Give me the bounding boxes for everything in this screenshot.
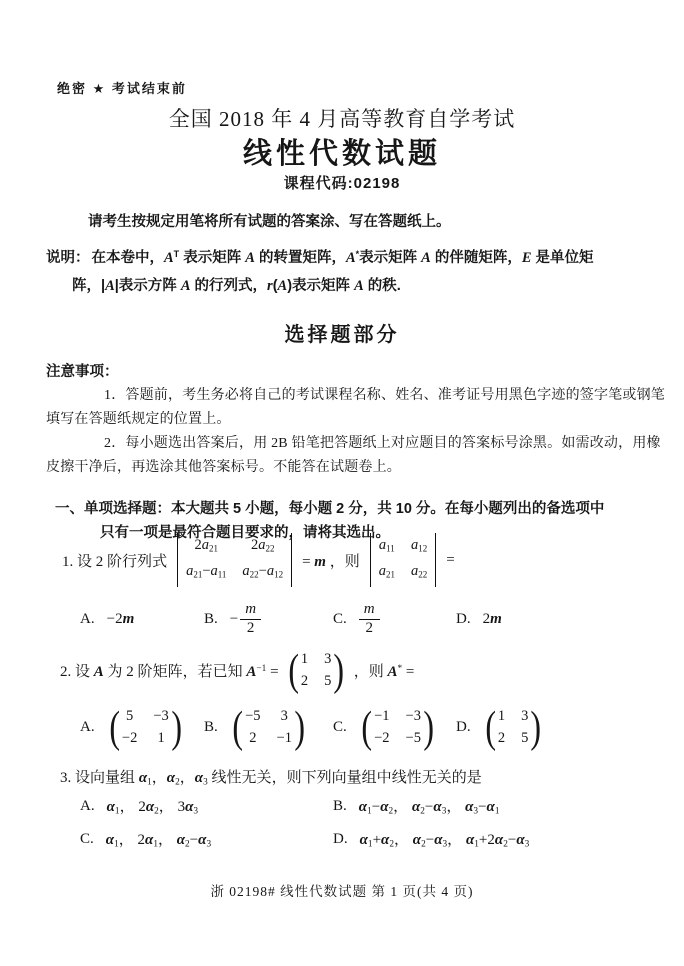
- option-b-fraction: −m2: [230, 601, 261, 637]
- matrix-cell: a22: [411, 562, 427, 585]
- option-d-label: D.: [333, 831, 348, 848]
- option-a-value: α1， 2α2， 3α3: [107, 795, 198, 817]
- question-2-stem-post: ，则 A* =: [354, 660, 415, 681]
- fraction-stack: m2: [359, 601, 380, 637]
- option-b-value: α1−α2， α2−α3， α3−α1: [359, 795, 500, 817]
- matrix-cell: −5: [406, 729, 421, 748]
- matrix-cell: −3: [406, 707, 421, 726]
- right-paren: ): [423, 705, 434, 750]
- question-3-option-d: D. α1+α2， α2−α3， α1+2α2−α3: [333, 827, 529, 851]
- matrix-grid: 1325: [301, 650, 332, 691]
- matrix-cell: −5: [245, 707, 260, 726]
- matrix-cell: 5: [126, 707, 133, 726]
- question-3-stem: 3. 设向量组 α1，α2，α3 线性无关，则下列向量组中线性无关的是: [60, 766, 482, 788]
- option-c-label: C.: [333, 611, 347, 628]
- fraction-denominator: 2: [359, 619, 380, 637]
- option-b-matrix: (−532−1): [230, 707, 308, 748]
- matrix-cell: 2a22: [251, 536, 274, 559]
- matrix-cell: a21−a11: [186, 562, 226, 585]
- left-paren: (: [361, 705, 372, 750]
- matrix-cell: 1: [498, 707, 505, 726]
- option-d-matrix: (1325): [483, 707, 544, 748]
- option-b-label: B.: [333, 798, 347, 815]
- option-a-label: A.: [80, 611, 95, 628]
- option-b-label: B.: [204, 719, 218, 736]
- question-1-stem-pre: 1. 设 2 阶行列式: [62, 550, 167, 571]
- matrix-cell: 3: [281, 707, 288, 726]
- precaution-2-line-2: 皮擦干净后，再选涂其他答案标号。不能答在试题卷上。: [46, 456, 401, 476]
- left-paren: (: [485, 705, 496, 750]
- course-code: 课程代码:02198: [0, 172, 684, 193]
- page-footer-pagination: 浙 02198# 线性代数试题 第 1 页(共 4 页): [0, 880, 684, 900]
- question-3-option-c: C. α1， 2α1， α2−α3: [80, 827, 211, 851]
- option-b-label: B.: [204, 611, 218, 628]
- option-d-label: D.: [456, 719, 471, 736]
- matrix-grid: −532−1: [245, 707, 292, 748]
- right-paren: ): [334, 648, 345, 693]
- option-c-value: α1， 2α1， α2−α3: [106, 828, 211, 850]
- notation-note-line-1: 说明：在本卷中，AT 表示矩阵 A 的转置矩阵，A*表示矩阵 A 的伴随矩阵，E…: [46, 246, 594, 267]
- matrix-cell: 5: [521, 729, 528, 748]
- paper-title: 线性代数试题: [0, 131, 684, 172]
- question-3-option-a: A. α1， 2α2， 3α3: [80, 794, 198, 818]
- matrix-cell: −2: [374, 729, 389, 748]
- precaution-1-line-2: 填写在答题纸规定的位置上。: [46, 408, 231, 428]
- notation-note-line-2: 阵，|A|表示方阵 A 的行列式，r(A)表示矩阵 A 的秩.: [72, 274, 401, 295]
- question-3-option-b: B. α1−α2， α2−α3， α3−α1: [333, 794, 500, 818]
- option-a-value: −2m: [107, 611, 135, 628]
- section-one-heading-line-1: 一、单项选择题：本大题共 5 小题，每小题 2 分，共 10 分。在每小题列出的…: [55, 497, 604, 518]
- question-1-stem-post: =: [446, 552, 454, 569]
- answer-sheet-instruction: 请考生按规定用笔将所有试题的答案涂、写在答题纸上。: [88, 210, 451, 231]
- fraction-numerator: m: [240, 601, 261, 618]
- question-1-option-a: A. −2m: [80, 596, 134, 642]
- matrix-cell: a11: [379, 536, 395, 559]
- option-c-label: C.: [333, 719, 347, 736]
- left-paren: (: [109, 705, 120, 750]
- matrix-cell: a21: [379, 562, 395, 585]
- matrix-cell: −3: [153, 707, 168, 726]
- matrix-cell: a12: [411, 536, 427, 559]
- matrix-cell: 2: [249, 729, 256, 748]
- precautions-heading: 注意事项：: [46, 360, 119, 381]
- matrix-cell: 2: [301, 672, 308, 691]
- option-c-label: C.: [80, 831, 94, 848]
- matrix-cell: −2: [122, 729, 137, 748]
- fraction-denominator: 2: [240, 619, 261, 637]
- fraction-sign: −: [230, 611, 238, 628]
- left-paren: (: [288, 648, 299, 693]
- matrix-cell: 2: [498, 729, 505, 748]
- notation-note-text-1: 在本卷中，AT 表示矩阵 A 的转置矩阵，A*表示矩阵 A 的伴随矩阵，E 是单…: [92, 250, 594, 266]
- matrix-cell: 1: [301, 650, 308, 669]
- right-paren: ): [294, 705, 305, 750]
- choice-section-title: 选择题部分: [0, 318, 684, 347]
- question-1-option-d: D. 2m: [456, 596, 502, 642]
- matrix-cell: 3: [324, 650, 331, 669]
- left-paren: (: [232, 705, 243, 750]
- matrix-cell: a22−a12: [242, 562, 283, 585]
- matrix-cell: 2a21: [195, 536, 218, 559]
- matrix-grid: 2a212a22a21−a11a22−a12: [186, 536, 283, 584]
- precaution-2-line-1: 2．每小题选出答案后，用 2B 铅笔把答题纸上对应题目的答案标号涂黑。如需改动，…: [104, 432, 661, 452]
- right-paren: ): [531, 705, 542, 750]
- matrix-grid: 5−3−21: [122, 707, 169, 748]
- exam-paper-page: 绝密 ★ 考试结束前 全国 2018 年 4 月高等教育自学考试 线性代数试题 …: [0, 0, 684, 966]
- question-2-option-a: A. (5−3−21): [80, 700, 184, 754]
- matrix-grid: 1325: [498, 707, 529, 748]
- matrix-cell: 5: [324, 672, 331, 691]
- inverse-matrix: (1325): [286, 650, 347, 691]
- question-2-option-c: C. (−1−3−2−5): [333, 700, 436, 754]
- option-a-label: A.: [80, 798, 95, 815]
- determinant-2: a11a12a21a22: [370, 533, 436, 587]
- matrix-cell: −1: [277, 729, 292, 748]
- exam-title: 全国 2018 年 4 月高等教育自学考试: [0, 103, 684, 133]
- matrix-grid: a11a12a21a22: [379, 536, 427, 584]
- fraction-numerator: m: [359, 601, 380, 618]
- question-1-option-b: B. −m2: [204, 596, 261, 642]
- option-d-label: D.: [456, 611, 471, 628]
- option-c-matrix: (−1−3−2−5): [359, 707, 437, 748]
- option-a-matrix: (5−3−21): [107, 707, 185, 748]
- matrix-cell: 3: [521, 707, 528, 726]
- notation-note-label: 说明：: [46, 250, 90, 266]
- classification-banner: 绝密 ★ 考试结束前: [57, 78, 187, 97]
- determinant-1: 2a212a22a21−a11a22−a12: [177, 533, 292, 587]
- option-a-label: A.: [80, 719, 95, 736]
- precaution-1-line-1: 1．答题前，考生务必将自己的考试课程名称、姓名、准考证号用黑色字迹的签字笔或钢笔: [104, 384, 665, 404]
- matrix-cell: −1: [374, 707, 389, 726]
- question-1-stem-mid: = m ，则: [302, 550, 360, 571]
- question-2-option-b: B. (−532−1): [204, 700, 307, 754]
- question-1-stem: 1. 设 2 阶行列式 2a212a22a21−a11a22−a12 = m ，…: [62, 531, 455, 589]
- option-d-value: α1+α2， α2−α3， α1+2α2−α3: [360, 828, 530, 850]
- fraction-stack: m2: [240, 601, 261, 637]
- question-2-stem: 2. 设 A 为 2 阶矩阵，若已知 A−1 = (1325) ，则 A* =: [60, 642, 414, 698]
- right-paren: ): [171, 705, 182, 750]
- matrix-cell: 1: [157, 729, 164, 748]
- option-d-value: 2m: [483, 611, 502, 628]
- question-1-option-c: C. m2: [333, 596, 380, 642]
- question-2-option-d: D. (1325): [456, 700, 544, 754]
- matrix-grid: −1−3−2−5: [374, 707, 421, 748]
- question-2-stem-pre: 2. 设 A 为 2 阶矩阵，若已知 A−1 =: [60, 660, 279, 681]
- option-c-fraction: m2: [359, 601, 380, 637]
